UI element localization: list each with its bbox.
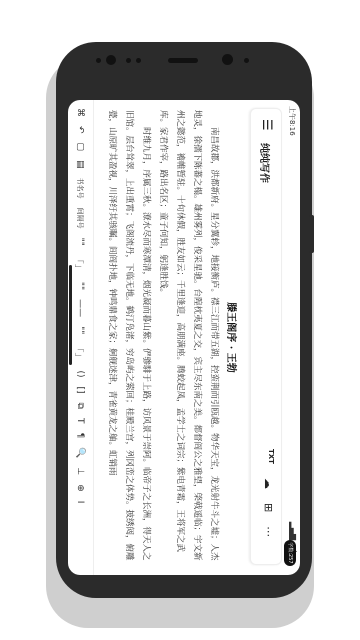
signal-icon: ▂▄▆ <box>289 522 298 540</box>
paste-icon[interactable]: ⧉ <box>75 403 85 409</box>
status-time: 上午8:16 <box>287 106 297 136</box>
paragraph-icon[interactable]: ¶ <box>75 432 85 438</box>
paragraph[interactable]: 南昌故郡，洪都新府。星分翼轸，地接衡庐。襟三江而带五湖，控蛮荆而引瓯越。物华天宝… <box>154 110 222 565</box>
book-title-mark-button[interactable]: 书名号 <box>75 178 85 199</box>
separator-mark-button[interactable]: 间隔号 <box>75 208 85 229</box>
save-icon[interactable]: ▤ <box>75 160 85 169</box>
sensor-icon <box>244 58 249 63</box>
add-circle-icon[interactable]: ⊕ <box>75 484 85 492</box>
app-header: ☰ 纯纯写作 TXT ☁ ⊞ ⋯ <box>250 108 282 565</box>
screen: 上午8:16 ▂▄▆ ◀) ▭ ☰ 纯纯写作 TXT ☁ ⊞ ⋯ 字数:257 … <box>68 100 300 575</box>
speaker-grill <box>168 58 198 63</box>
search-icon[interactable]: 🔍 <box>75 447 85 458</box>
status-bar: 上午8:16 ▂▄▆ ◀) ▭ <box>286 100 300 575</box>
text-bottom-icon[interactable]: ⊥ <box>75 467 85 475</box>
home-indicator[interactable] <box>69 265 72 365</box>
word-count-badge: 字数:257 <box>284 540 296 566</box>
corner-bracket-button[interactable]: 「」 <box>74 343 87 361</box>
cursor-icon[interactable]: I <box>75 501 85 504</box>
command-icon[interactable]: ⌘ <box>75 108 85 117</box>
quote-button[interactable]: "" <box>75 238 85 246</box>
app-title: 纯纯写作 <box>258 143 273 183</box>
corner-bracket-button[interactable]: 「」 <box>74 255 87 273</box>
header-actions: TXT ☁ ⊞ ⋯ <box>262 449 275 537</box>
txt-export-icon[interactable]: TXT <box>262 449 275 464</box>
camera-icon <box>106 55 116 65</box>
document-body[interactable]: 南昌故郡，洪都新府。星分翼轸，地接衡庐。襟三江而带五湖，控蛮荆而引瓯越。物华天宝… <box>103 110 222 565</box>
copy-icon[interactable]: ▢ <box>75 143 85 152</box>
parentheses-button[interactable]: () <box>75 370 85 377</box>
quote-button[interactable]: "" <box>75 282 85 290</box>
sensor-icon <box>126 58 131 63</box>
rotated-app: 上午8:16 ▂▄▆ ◀) ▭ ☰ 纯纯写作 TXT ☁ ⊞ ⋯ 字数:257 … <box>68 100 300 575</box>
dash-button[interactable]: —— <box>75 299 85 317</box>
quote-button[interactable]: "" <box>75 326 85 334</box>
sensor-icon <box>136 58 141 63</box>
sensor-icon <box>96 58 101 63</box>
camera-icon <box>222 54 233 65</box>
paragraph[interactable]: 时维九月，序属三秋。潦水尽而寒潭清，烟光凝而暮山紫。俨骖騑于上路，访风景于崇阿。… <box>103 110 154 565</box>
undo-icon[interactable]: ↶ <box>75 126 85 134</box>
cloud-icon[interactable]: ☁ <box>262 478 275 489</box>
more-icon[interactable]: ⋯ <box>262 526 275 537</box>
text-top-icon[interactable]: T <box>75 418 85 424</box>
add-icon[interactable]: ⊞ <box>262 503 275 512</box>
menu-icon[interactable]: ☰ <box>259 119 274 131</box>
square-bracket-button[interactable]: [] <box>75 386 85 393</box>
side-button <box>309 215 314 253</box>
document-title[interactable]: 滕王阁序 · 王勃 <box>225 100 240 575</box>
